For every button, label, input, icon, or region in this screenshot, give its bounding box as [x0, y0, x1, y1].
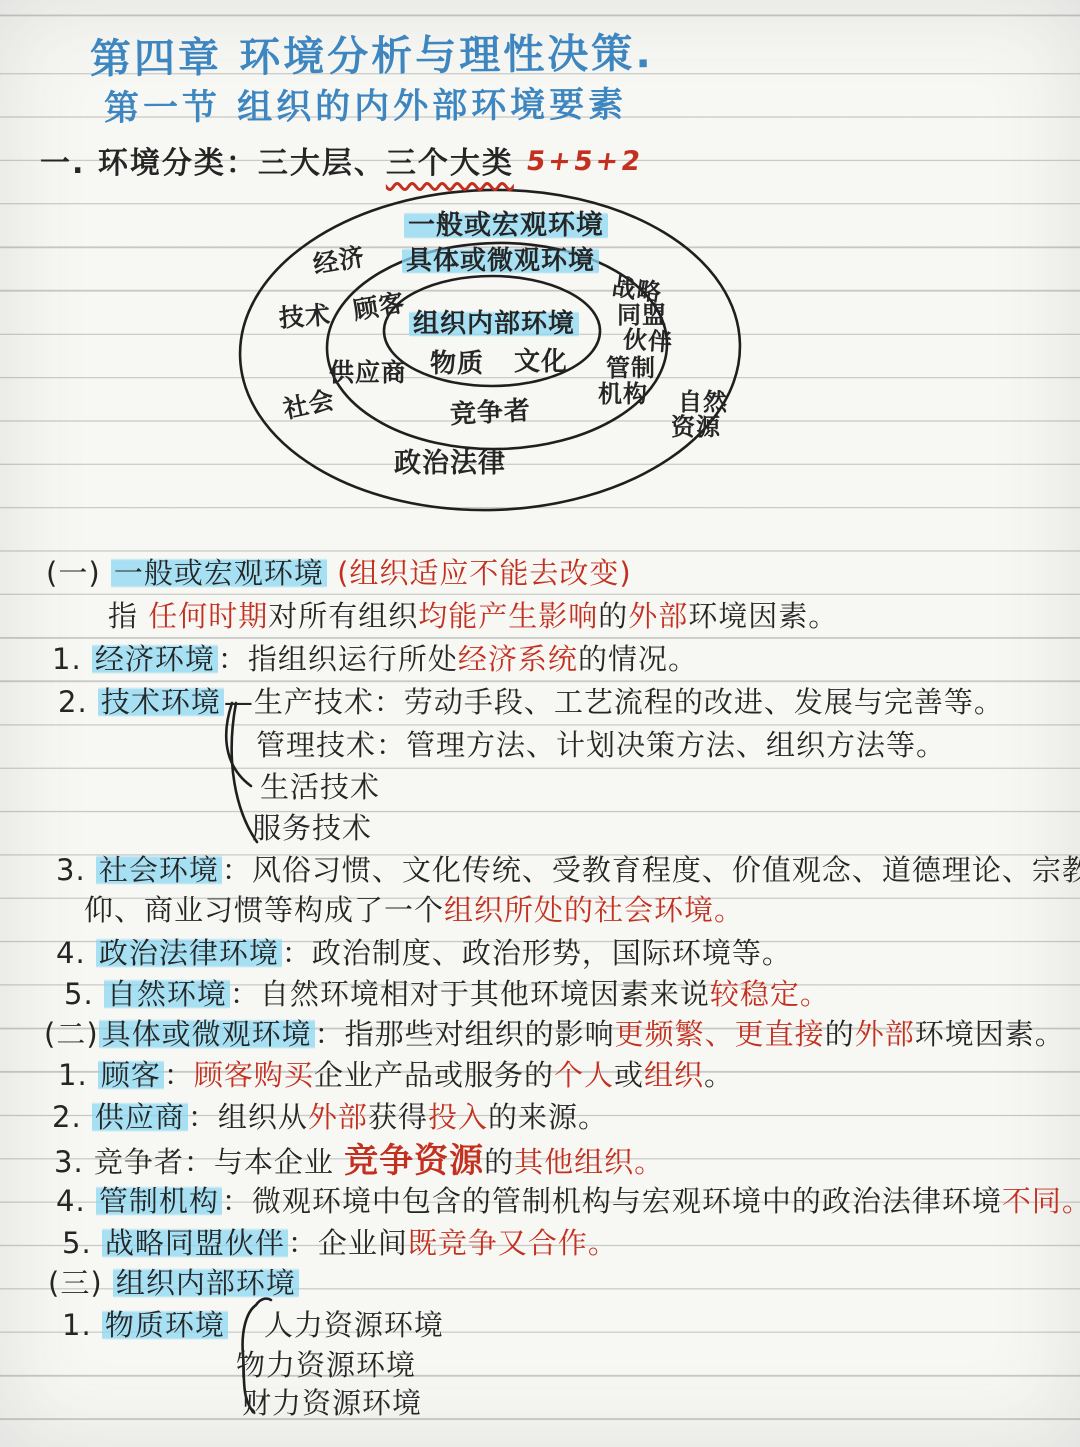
keyword-highlight: 技术环境	[98, 685, 224, 719]
note-text: 5.	[62, 1226, 102, 1260]
note-text: ：	[164, 1058, 194, 1092]
red-annotation: 投入	[428, 1100, 488, 1134]
keyword-highlight: 政治法律环境	[96, 936, 282, 970]
note-text: ：指那些对组织的影响	[315, 1017, 615, 1051]
chapter-title: 第四章 环境分析与理性决策.	[90, 33, 654, 80]
note-text: ：微观环境中包含的管制机构与宏观环境中的政治法律环境	[222, 1184, 1002, 1218]
note-text	[327, 556, 337, 590]
note-text: 3.	[56, 853, 96, 887]
diagram-label: 资源	[671, 415, 721, 439]
note-text: 1.	[52, 642, 92, 676]
note-line: 2. 供应商：组织从外部获得投入的来源。	[52, 1101, 608, 1134]
diagram-label: 具体或微观环境	[402, 247, 599, 275]
red-annotation: 组织	[644, 1058, 704, 1092]
note-text: 企业产品或服务的	[314, 1058, 554, 1092]
note-text: ：与本企业	[184, 1145, 344, 1179]
note-text: 。	[704, 1058, 734, 1092]
diagram-label: 一般或宏观环境	[404, 211, 608, 240]
note-text: ：组织从	[188, 1100, 308, 1134]
red-annotation: 更频繁、更直接	[615, 1017, 825, 1051]
keyword-highlight: 社会环境	[96, 853, 222, 887]
note-text: 1.	[62, 1308, 102, 1342]
diagram-label: 社会	[281, 387, 337, 422]
heading-line: 一. 环境分类：三大层、三个大类5+5+2	[40, 138, 642, 182]
note-line: 财力资源环境	[242, 1387, 422, 1420]
red-annotation: 外部	[628, 599, 688, 633]
note-text: 2.	[52, 1100, 92, 1134]
note-text: ：指组织运行所处	[218, 642, 458, 676]
red-annotation: 任何时期	[148, 599, 268, 633]
red-annotation: (组织适应不能去改变)	[337, 556, 632, 590]
note-text: 的	[484, 1145, 514, 1179]
note-text: 指	[108, 599, 148, 633]
note-text: 获得	[368, 1100, 428, 1134]
keyword-highlight: 顾客	[98, 1058, 164, 1092]
red-annotation: 竞争资源	[344, 1141, 484, 1181]
note-text: 1.	[58, 1058, 98, 1092]
diagram-label: 文化	[514, 349, 568, 375]
diagram-label: 政治法律	[394, 450, 506, 477]
red-annotation: 不同。	[1002, 1184, 1080, 1218]
note-text: 5.	[64, 977, 104, 1011]
note-text: (二)	[44, 1017, 99, 1051]
red-annotation: 均能产生影响	[418, 599, 598, 633]
red-annotation: 外部	[855, 1017, 915, 1051]
note-text: 4.	[56, 936, 96, 970]
note-line: 3. 竞争者：与本企业 竞争资源的其他组织。	[54, 1142, 664, 1181]
note-text: 3.	[54, 1145, 94, 1179]
red-annotation: 其他组织。	[514, 1145, 664, 1179]
diagram-label: 组织内部环境	[409, 310, 579, 338]
keyword-highlight: 具体或微观环境	[99, 1017, 315, 1051]
note-text: 环境因素。	[688, 599, 838, 633]
note-line: 1. 经济环境：指组织运行所处经济系统的情况。	[52, 643, 698, 676]
note-text: ：风俗习惯、文化传统、受教育程度、价值观念、道德理论、宗教信	[222, 853, 1080, 887]
diagram-label: 管制	[606, 356, 656, 380]
red-annotation: 5+5+2	[524, 146, 645, 177]
diagram-label: 竞争者	[449, 398, 531, 428]
diagram-label: 物质	[430, 351, 484, 377]
note-text: 的情况。	[578, 642, 698, 676]
note-text: ：企业间	[288, 1226, 408, 1260]
red-annotation: 个人	[554, 1058, 614, 1092]
note-text: 的来源。	[488, 1100, 608, 1134]
note-line: 3. 社会环境：风俗习惯、文化传统、受教育程度、价值观念、道德理论、宗教信	[56, 854, 1080, 887]
diagram-label: 自然	[678, 390, 728, 414]
keyword-highlight: 管制机构	[96, 1184, 222, 1218]
keyword-highlight: 物质环境	[102, 1308, 228, 1342]
note-text: 一. 环境分类：三大层、	[40, 146, 386, 181]
note-text: 人力资源环境	[264, 1308, 444, 1342]
note-text: 财力资源环境	[242, 1386, 422, 1420]
red-annotation: 较稳定。	[710, 977, 830, 1011]
note-line: 仰、商业习惯等构成了一个组织所处的社会环境。	[84, 894, 744, 927]
note-text: 的	[598, 599, 628, 633]
note-text: 仰、商业习惯等构成了一个	[84, 893, 444, 927]
note-text: 4.	[56, 1184, 96, 1218]
keyword-highlight: 组织内部环境	[113, 1266, 299, 1300]
note-text: 管理技术：管理方法、计划决策方法、组织方法等。	[256, 728, 946, 762]
diagram-label: 供应商	[329, 360, 407, 385]
note-line: 物力资源环境	[236, 1349, 416, 1382]
note-line: 4. 政治法律环境：政治制度、政治形势，国际环境等。	[56, 937, 792, 970]
note-text: 的	[825, 1017, 855, 1051]
note-text: ：自然环境相对于其他环境因素来说	[230, 977, 710, 1011]
red-annotation: 组织所处的社会环境。	[444, 893, 744, 927]
diagram-label: 顾客	[351, 290, 407, 324]
note-line: 4. 管制机构：微观环境中包含的管制机构与宏观环境中的政治法律环境不同。	[56, 1185, 1080, 1218]
keyword-highlight: 经济环境	[92, 642, 218, 676]
note-text: ：政治制度、政治形势，国际环境等。	[282, 936, 792, 970]
keyword-highlight: 供应商	[92, 1100, 188, 1134]
diagram-label: 经济	[311, 244, 367, 278]
note-text: 对所有组织	[268, 599, 418, 633]
keyword-highlight: 一般或宏观环境	[111, 556, 327, 590]
note-line: 管理技术：管理方法、计划决策方法、组织方法等。	[256, 729, 946, 762]
notebook-page: 第四章 环境分析与理性决策. 第一节 组织的内外部环境要素 一. 环境分类：三大…	[0, 0, 1080, 1447]
note-line: (二)具体或微观环境：指那些对组织的影响更频繁、更直接的外部环境因素。	[44, 1018, 1065, 1051]
note-text: 物力资源环境	[236, 1348, 416, 1382]
note-line: 指 任何时期对所有组织均能产生影响的外部环境因素。	[108, 600, 838, 633]
diagram-label: 同盟	[617, 303, 667, 327]
note-line: (三) 组织内部环境	[48, 1267, 299, 1300]
keyword-highlight: 自然环境	[104, 977, 230, 1011]
section-title: 第一节 组织的内外部环境要素	[104, 88, 627, 127]
red-annotation: 外部	[308, 1100, 368, 1134]
diagram-label: 伙伴	[622, 327, 674, 354]
note-text: (三)	[48, 1266, 113, 1300]
note-text: 三个大类	[386, 146, 514, 181]
diagram-label: 技术	[278, 302, 332, 331]
note-text: (一)	[46, 556, 111, 590]
note-line: 生活技术	[260, 771, 380, 804]
note-line: 服务技术	[252, 812, 372, 845]
note-text: 环境因素。	[915, 1017, 1065, 1051]
note-line: 2. 技术环境—生产技术：劳动手段、工艺流程的改进、发展与完善等。	[58, 686, 1004, 719]
red-annotation: 既竞争又合作。	[408, 1226, 618, 1260]
note-text: 服务技术	[252, 811, 372, 845]
keyword-highlight: 战略同盟伙伴	[102, 1226, 288, 1260]
note-text: 或	[614, 1058, 644, 1092]
note-text: 生活技术	[260, 770, 380, 804]
note-line: 1. 顾客：顾客购买企业产品或服务的个人或组织。	[58, 1059, 734, 1092]
red-annotation: 经济系统	[458, 642, 578, 676]
note-line: 5. 自然环境：自然环境相对于其他环境因素来说较稳定。	[64, 978, 830, 1011]
note-line: (一) 一般或宏观环境 (组织适应不能去改变)	[46, 557, 632, 590]
red-annotation: 顾客购买	[194, 1058, 314, 1092]
note-text: —生产技术：劳动手段、工艺流程的改进、发展与完善等。	[224, 685, 1004, 719]
note-text: 竞争者	[94, 1145, 184, 1179]
note-line: 1. 物质环境人力资源环境	[62, 1309, 444, 1342]
diagram-label: 机构	[598, 382, 648, 406]
note-text: 2.	[58, 685, 98, 719]
note-line: 5. 战略同盟伙伴：企业间既竞争又合作。	[62, 1227, 618, 1260]
